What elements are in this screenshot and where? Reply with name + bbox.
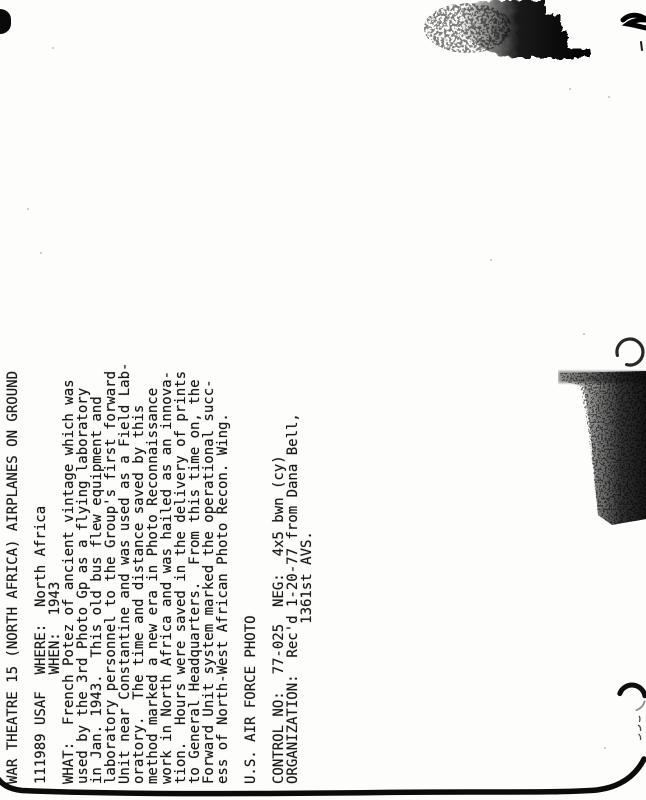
- dust-speck: [583, 333, 585, 335]
- dust-speck: [490, 259, 492, 261]
- dust-speck: [52, 47, 54, 49]
- dust-speck: [40, 252, 42, 254]
- scanned-caption-card: WAR THEATRE 15 (NORTH AFRICA) AIRPLANES …: [0, 0, 646, 800]
- card-bottom-edge: [0, 0, 646, 800]
- dust-speck: [608, 96, 610, 98]
- dust-speck: [604, 747, 606, 749]
- dust-speck: [27, 208, 29, 210]
- dust-speck: [569, 88, 571, 90]
